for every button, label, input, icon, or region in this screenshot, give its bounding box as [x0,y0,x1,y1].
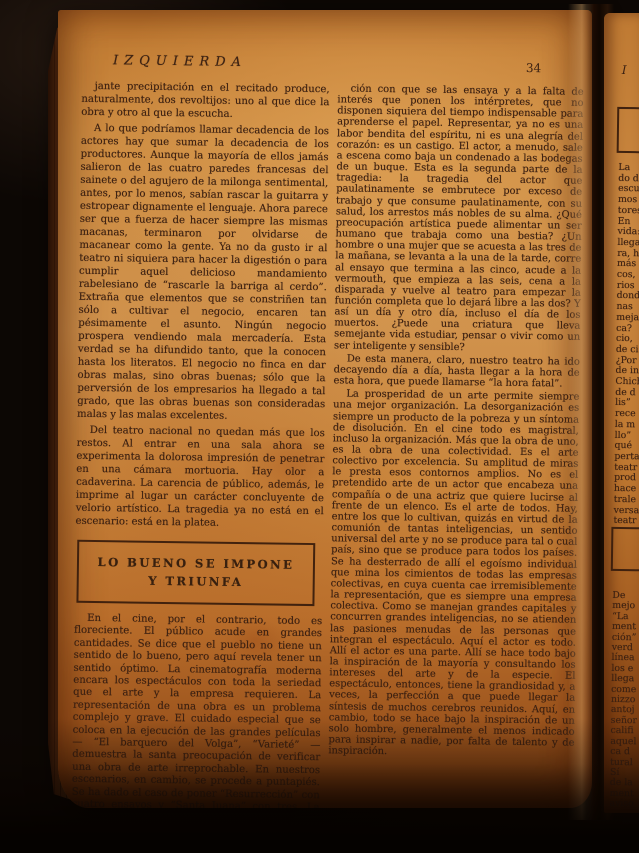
page-number: 34 [526,61,541,75]
text-fragment: teatr [613,516,639,527]
adjacent-text-fragments-top: Lado descumostoresEnvida:llegara, hmásco… [613,163,639,527]
section-heading: LO BUENO SE IMPONE Y TRIUNFA [98,555,295,589]
paragraph: jante precipitación en el recitado produ… [81,80,330,122]
adjacent-heading-box-top [617,107,639,154]
adjacent-journal-title-fragment: I [622,63,627,77]
journal-title: IZQUIERDA [113,53,247,70]
text-fragment: aviso [609,799,635,810]
right-column: ción con que se las ensaya y a la falta … [328,83,583,762]
left-column-paragraphs: jante precipitación en el recitado produ… [75,80,329,531]
paragraph: A lo que podríamos llamar decadencia de … [77,122,329,424]
magazine-page: IZQUIERDA 34 jante precipitación en el r… [58,10,592,808]
right-column-paragraphs: ción con que se las ensaya y a la falta … [328,83,583,760]
paragraph: En el cine, por el contrario, todo es fl… [71,613,322,808]
adjacent-heading-box-bottom [611,527,639,572]
left-column: jante precipitación en el recitado produ… [71,80,330,808]
adjacent-page-content: I Lado descumostoresEnvida:llegara, hmás… [604,13,639,813]
paragraph: De esta manera, claro, nuestro teatro ha… [333,353,579,390]
book-photo: IZQUIERDA 34 jante precipitación en el r… [0,0,639,853]
adjacent-text-fragments-bottom: Demejo“Lamentción”verdlínealos ellegacom… [609,591,638,810]
paragraph: La prosperidad de un arte permite siempr… [328,389,579,761]
section-heading-box: LO BUENO SE IMPONE Y TRIUNFA [76,540,315,606]
paragraph: ción con que se las ensaya y a la falta … [334,83,584,354]
left-column-paragraphs-after-box: En el cine, por el contrario, todo es fl… [71,613,322,808]
adjacent-page-sliver: I Lado descumostoresEnvida:llegara, hmás… [604,13,639,813]
page-content: IZQUIERDA 34 jante precipitación en el r… [58,10,592,808]
paragraph: Del teatro nacional no quedan más que lo… [75,424,324,531]
